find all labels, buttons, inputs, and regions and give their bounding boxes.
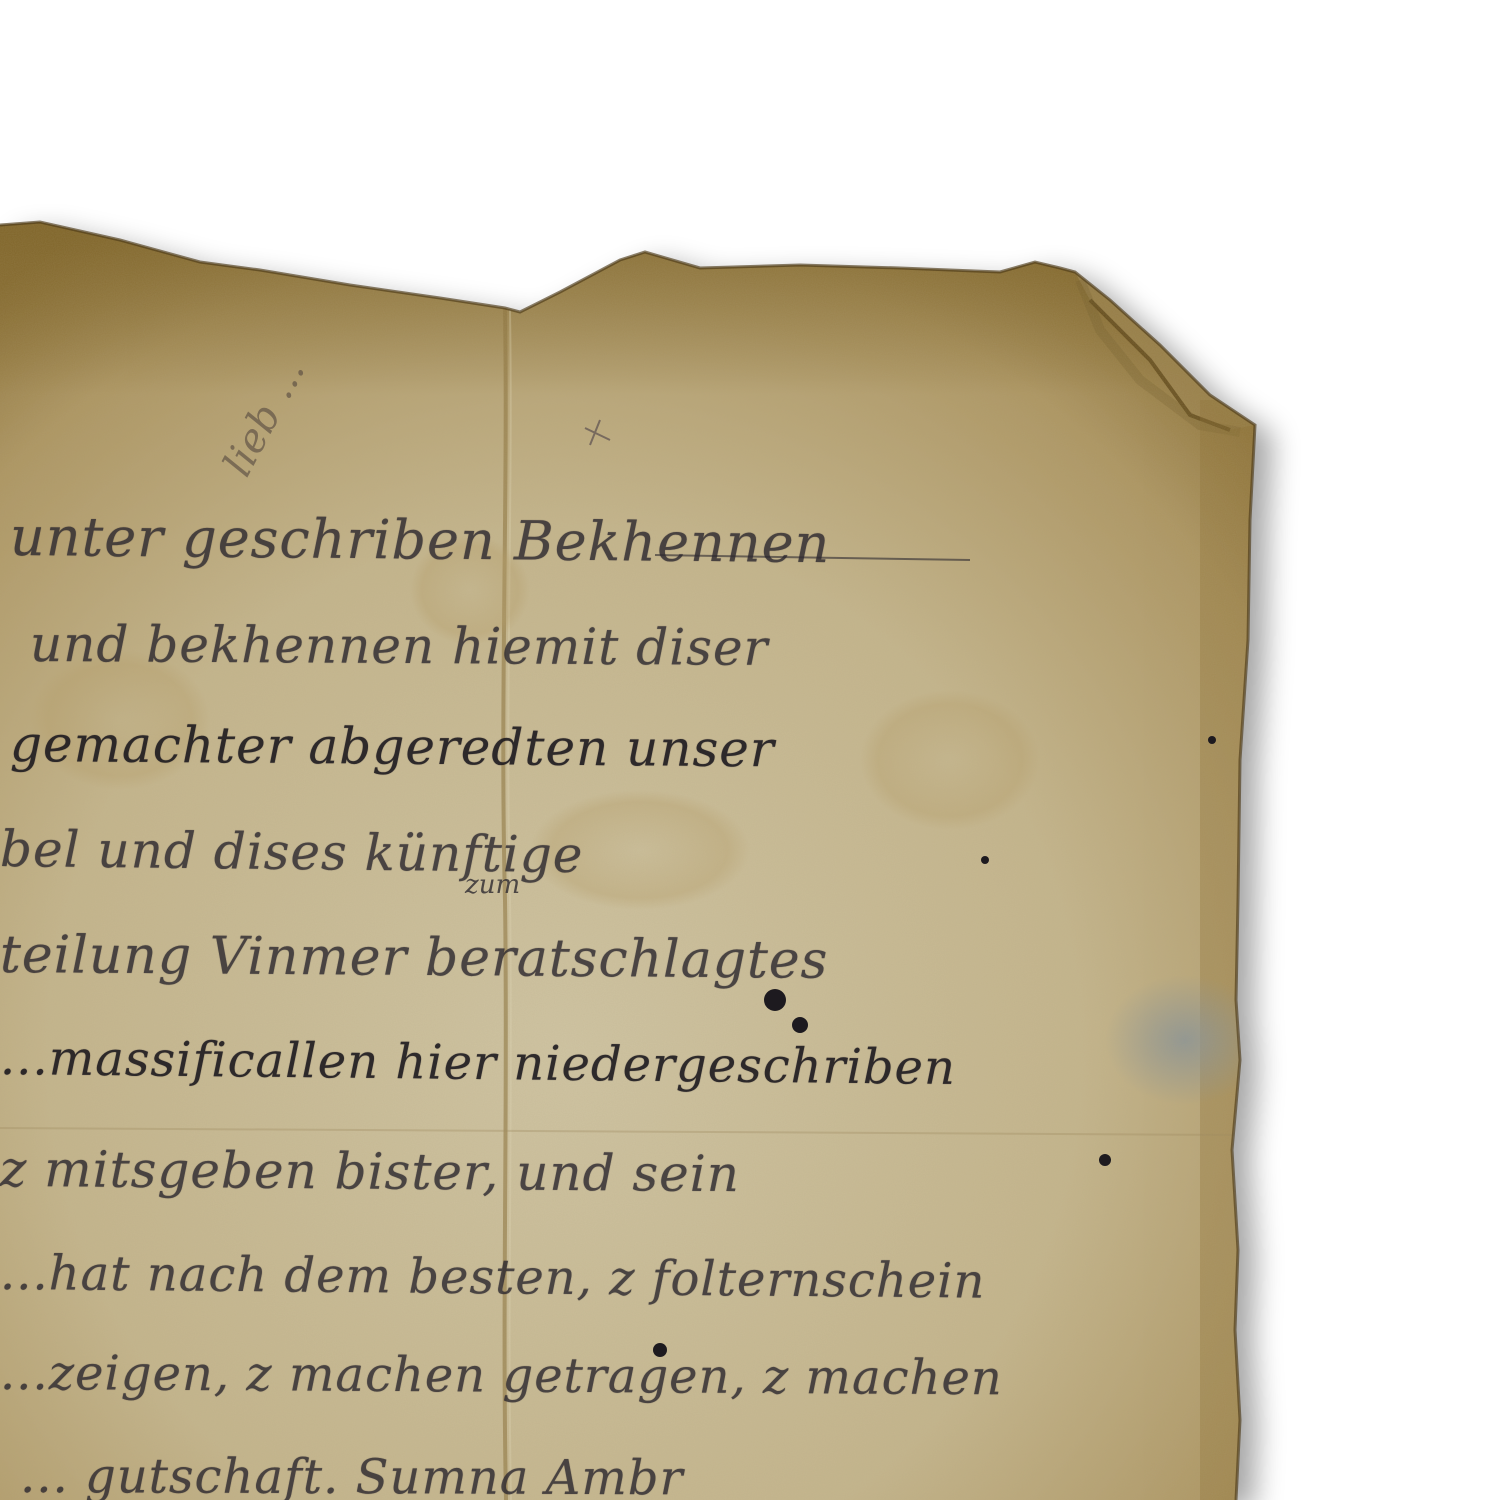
manuscript-line-3: gemachter abgeredten unser bbox=[10, 715, 775, 778]
manuscript-photo: lieb ... zum unter geschriben Bekhennen … bbox=[0, 0, 1500, 1500]
manuscript-line-6: ...massificallen hier niedergeschriben bbox=[0, 1030, 956, 1096]
manuscript-line-8: ...hat nach dem besten, z folternschein bbox=[0, 1245, 986, 1310]
manuscript-line-7: z mitsgeben bister, und sein bbox=[0, 1140, 740, 1203]
manuscript-line-1: unter geschriben Bekhennen bbox=[10, 505, 831, 575]
manuscript-line-10: ... gutschaft. Sumna Ambr bbox=[20, 1448, 684, 1500]
manuscript-line-2: und bekhennen hiemit diser bbox=[30, 615, 769, 677]
manuscript-line-5: teilung Vinmer beratschlagtes bbox=[0, 925, 829, 991]
manuscript-line-4: bel und dises künftige bbox=[0, 820, 584, 884]
manuscript-line-9: ...zeigen, z machen getragen, z machen bbox=[0, 1345, 1003, 1406]
